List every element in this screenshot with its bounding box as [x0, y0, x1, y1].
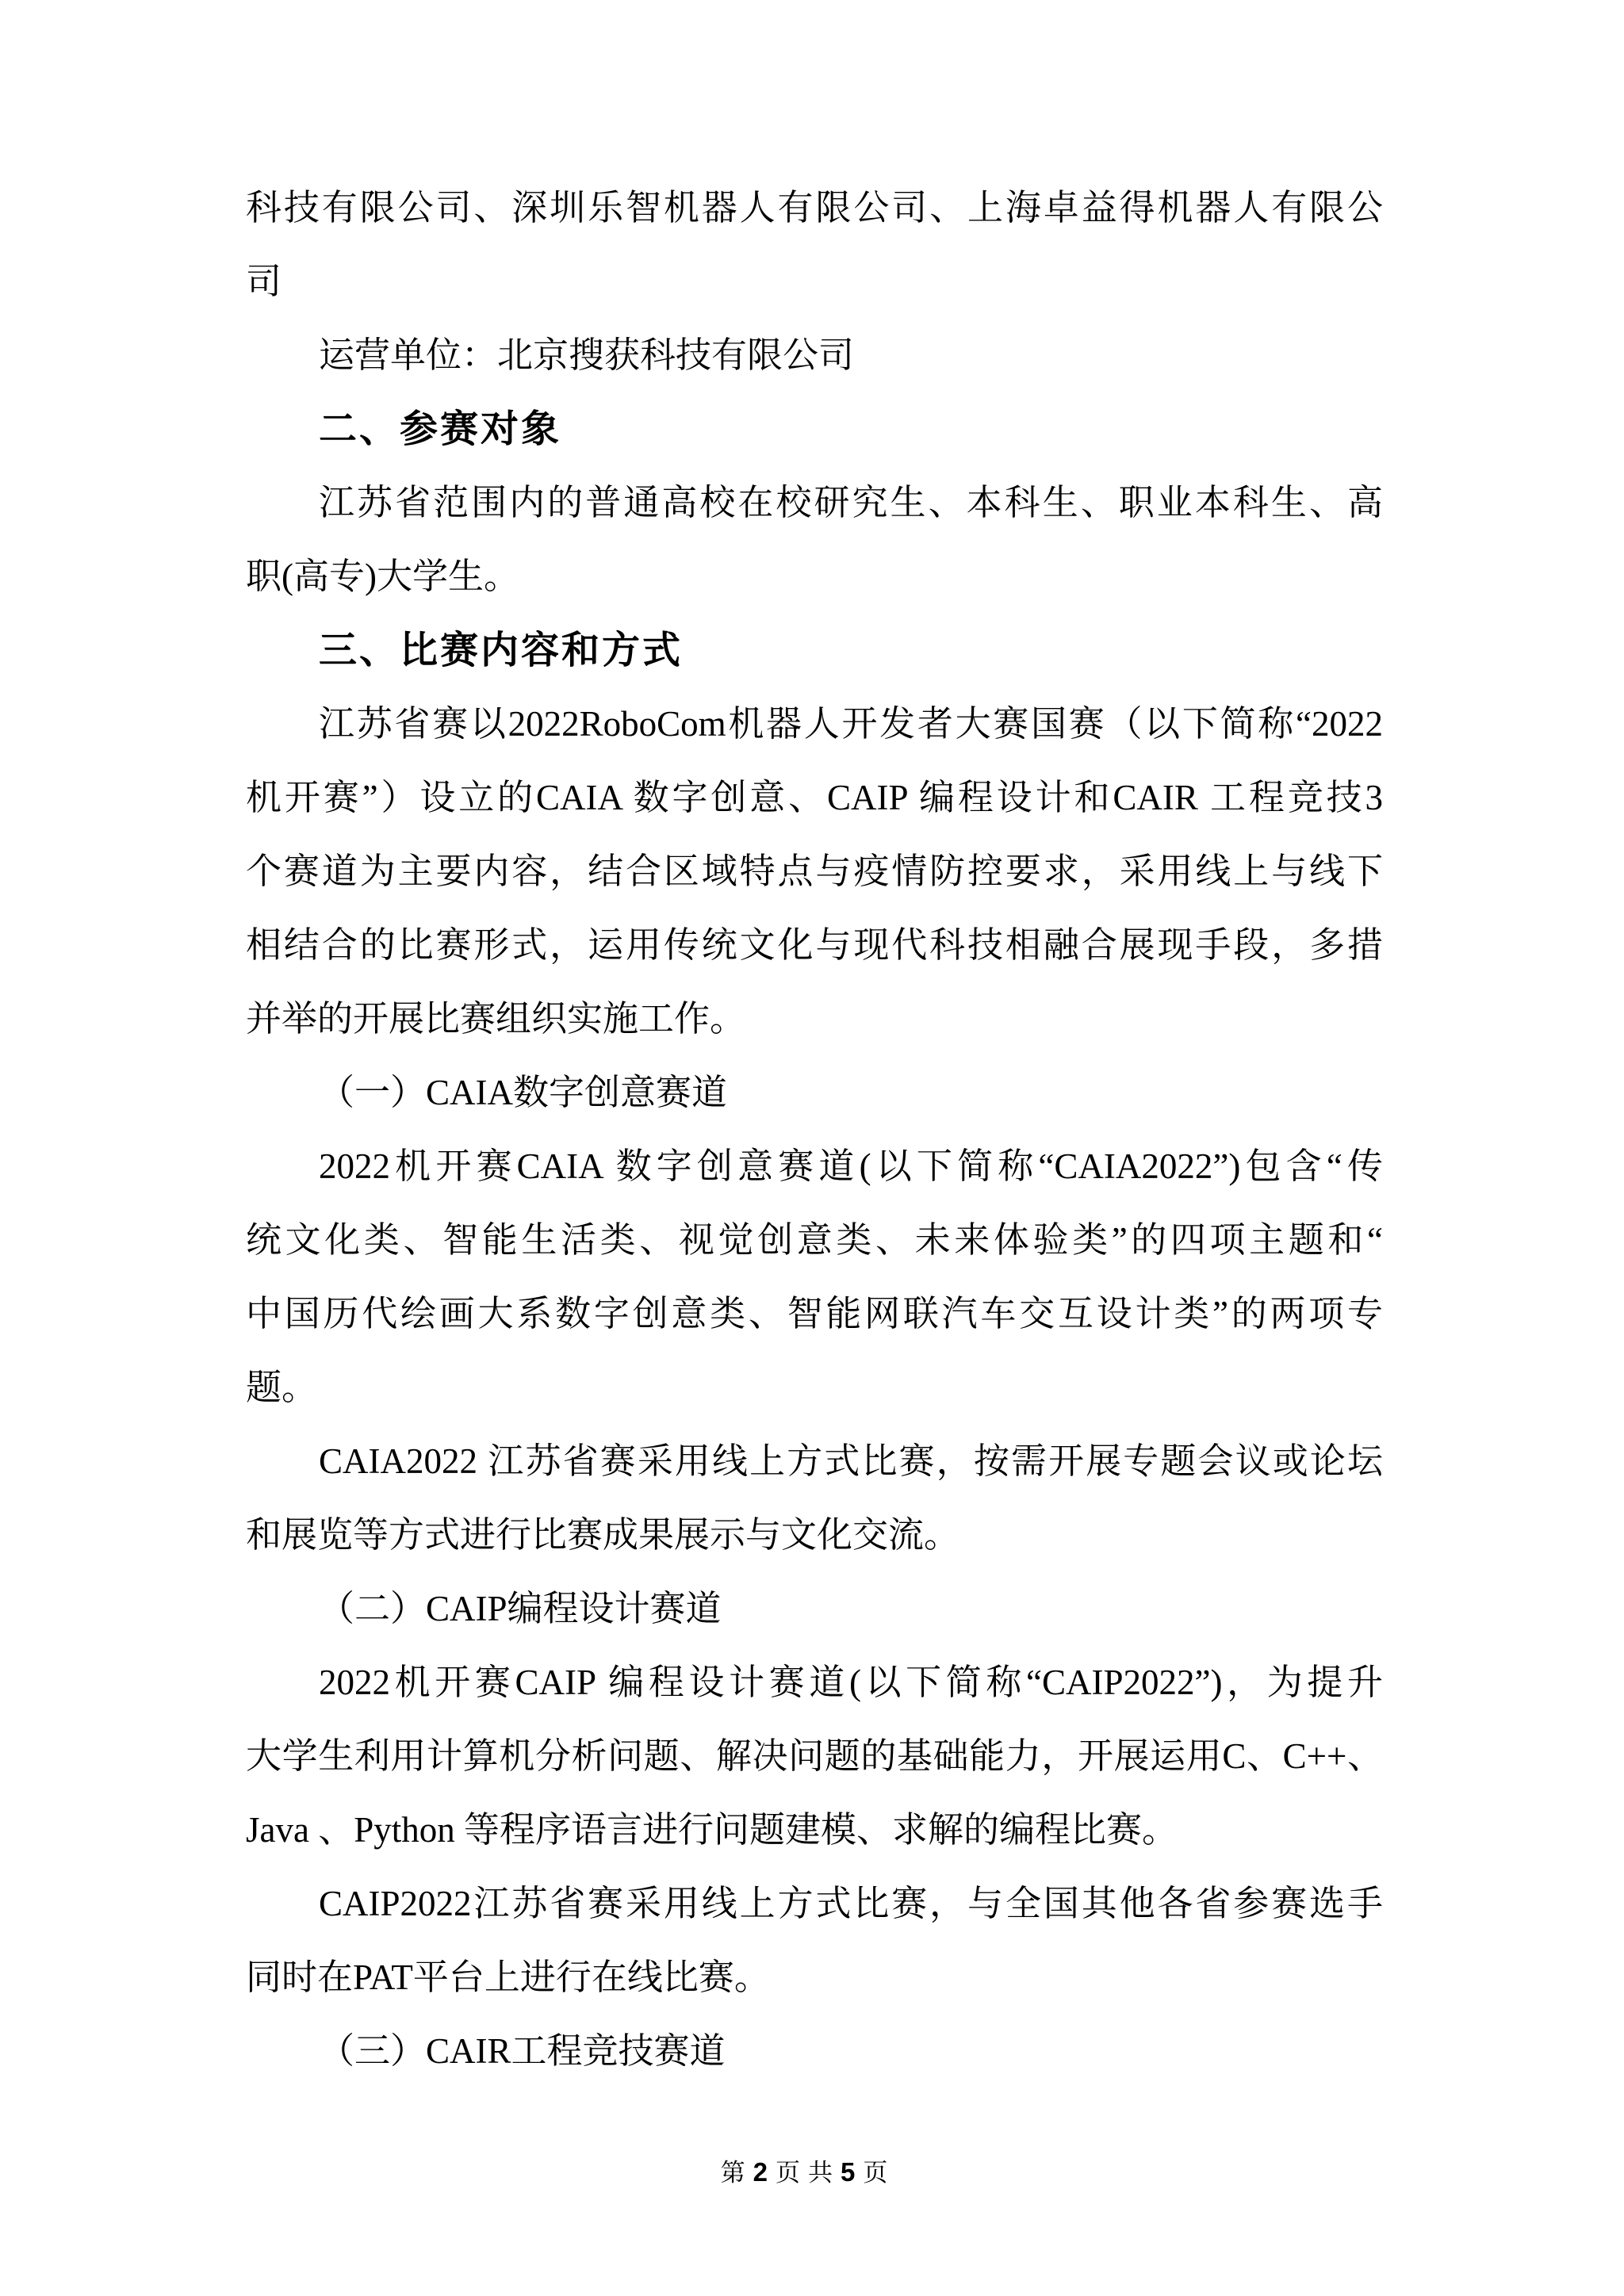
- document-line: 统文化类、智能生活类、视觉创意类、未来体验类”的四项主题和“: [246, 1203, 1383, 1277]
- document-line: 职(高专)大学生。: [246, 540, 1383, 614]
- section-heading: 三、比赛内容和方式: [246, 614, 1383, 687]
- document-line: 相结合的比赛形式，运用传统文化与现代科技相融合展现手段，多措: [246, 909, 1383, 982]
- document-line: CAIP2022江苏省赛采用线上方式比赛，与全国其他各省参赛选手: [246, 1867, 1383, 1941]
- section-heading: 二、参赛对象: [246, 392, 1383, 466]
- document-page: 科技有限公司、深圳乐智机器人有限公司、上海卓益得机器人有限公 司 运营单位：北京…: [0, 0, 1624, 2296]
- footer-text-conjunction: 共: [808, 2159, 833, 2187]
- footer-text-total-unit: 页: [863, 2159, 887, 2187]
- sub-heading: （二）CAIP编程设计赛道: [246, 1572, 1383, 1646]
- document-line: 科技有限公司、深圳乐智机器人有限公司、上海卓益得机器人有限公: [246, 171, 1383, 245]
- document-line: 和展览等方式进行比赛成果展示与文化交流。: [246, 1498, 1383, 1572]
- document-line: Java 、Python 等程序语言进行问题建模、求解的编程比赛。: [246, 1793, 1383, 1867]
- footer-text-page-unit: 页: [776, 2159, 800, 2187]
- document-line: 中国历代绘画大系数字创意类、智能网联汽车交互设计类”的两项专: [246, 1277, 1383, 1351]
- document-line: CAIA2022 江苏省赛采用线上方式比赛，按需开展专题会议或论坛: [246, 1425, 1383, 1498]
- document-line: 题。: [246, 1351, 1383, 1425]
- footer-page-number: 2: [753, 2157, 768, 2187]
- document-line: 江苏省赛以2022RoboCom机器人开发者大赛国赛（以下简称“2022: [246, 687, 1383, 761]
- page-footer: 第2页共5页: [0, 2153, 1608, 2192]
- document-line: 个赛道为主要内容，结合区域特点与疫情防控要求，采用线上与线下: [246, 835, 1383, 909]
- sub-heading: （一）CAIA数字创意赛道: [246, 1056, 1383, 1130]
- document-line: 同时在PAT平台上进行在线比赛。: [246, 1941, 1383, 2015]
- sub-heading: （三）CAIR工程竞技赛道: [246, 2015, 1383, 2088]
- document-line: 机开赛”）设立的CAIA 数字创意、CAIP 编程设计和CAIR 工程竞技3: [246, 761, 1383, 835]
- document-line: 大学生利用计算机分析问题、解决问题的基础能力，开展运用C、C++、: [246, 1720, 1383, 1793]
- document-line: 2022机开赛CAIP 编程设计赛道(以下简称“CAIP2022”)，为提升: [246, 1646, 1383, 1720]
- footer-text-prefix: 第: [721, 2159, 745, 2187]
- document-body: 科技有限公司、深圳乐智机器人有限公司、上海卓益得机器人有限公 司 运营单位：北京…: [246, 171, 1383, 2088]
- document-line: 运营单位：北京搜获科技有限公司: [246, 319, 1383, 392]
- document-line: 司: [246, 245, 1383, 319]
- document-line: 并举的开展比赛组织实施工作。: [246, 982, 1383, 1056]
- document-line: 2022机开赛CAIA 数字创意赛道(以下简称“CAIA2022”)包含“传: [246, 1130, 1383, 1203]
- document-line: 江苏省范围内的普通高校在校研究生、本科生、职业本科生、高: [246, 466, 1383, 540]
- footer-total-number: 5: [841, 2157, 855, 2187]
